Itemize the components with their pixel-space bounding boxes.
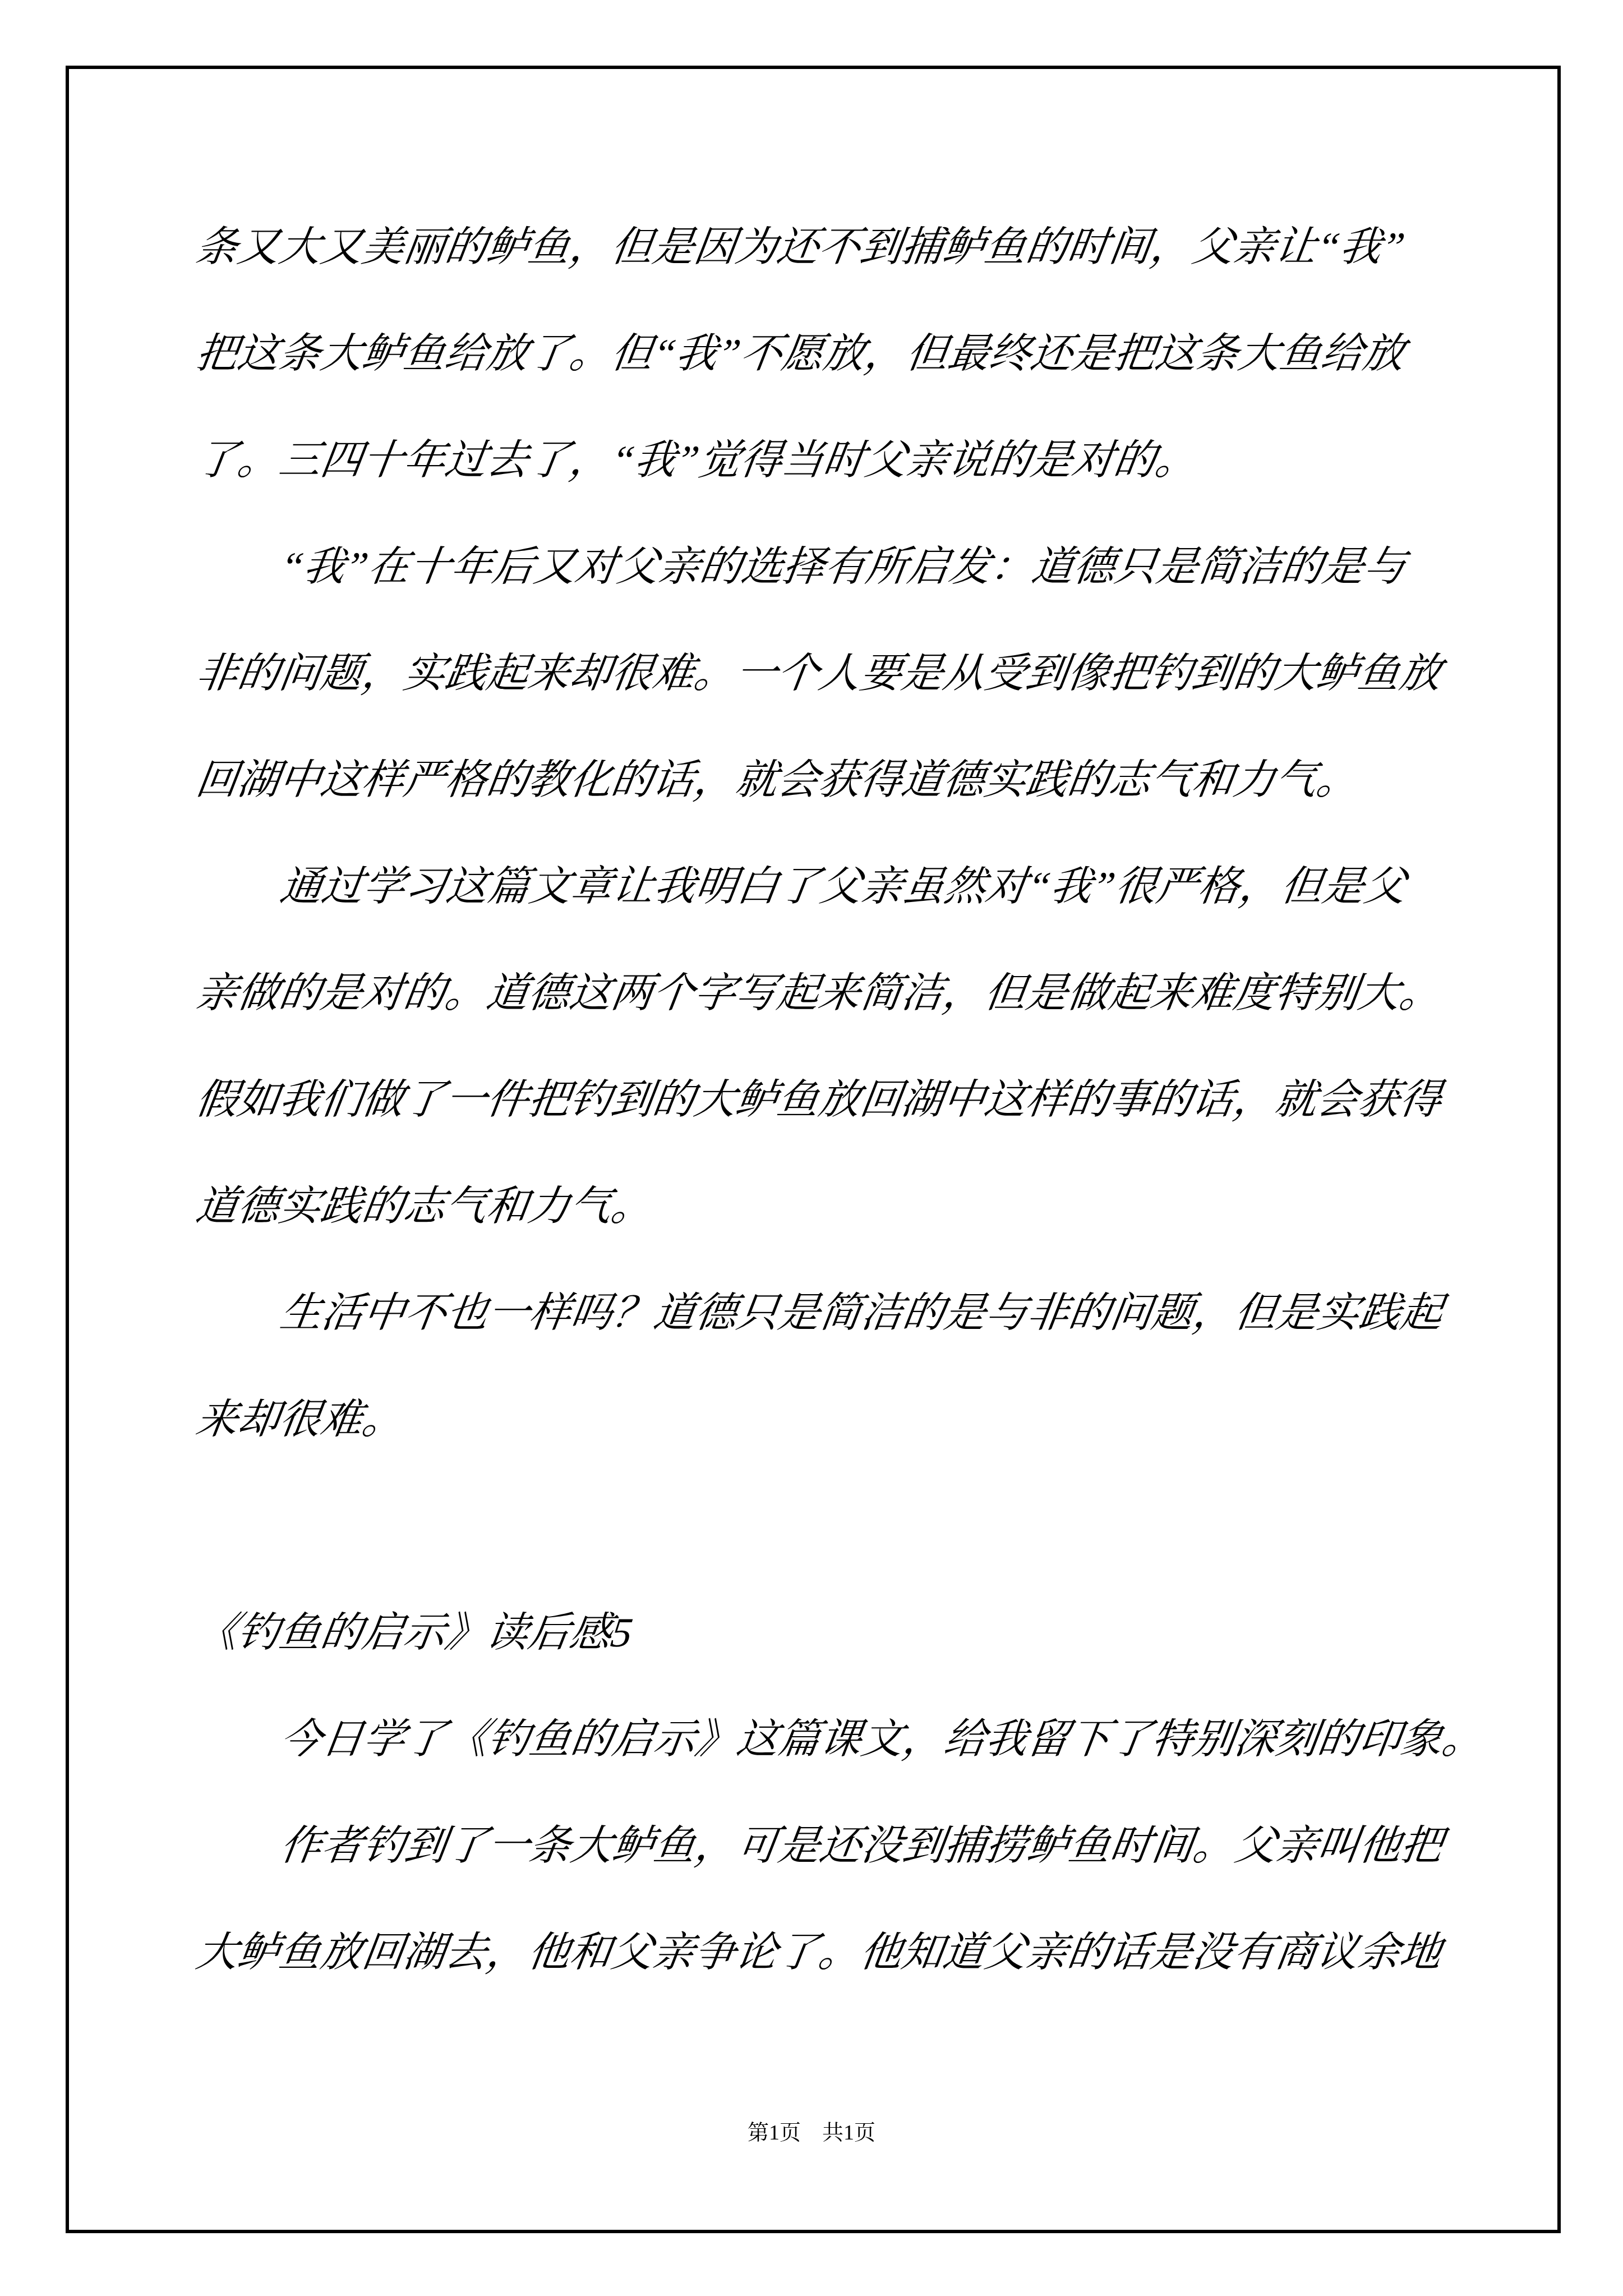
text-line: 非的问题，实践起来却很难。一个人要是从受到像把钓到的大鲈鱼放	[189, 620, 1483, 727]
text-line: 大鲈鱼放回湖去，他和父亲争论了。他知道父亲的话是没有商议余地	[189, 1899, 1483, 2006]
text-line: 道德实践的志气和力气。	[189, 1153, 1483, 1260]
text-line: 《钓鱼的启示》读后感5	[189, 1580, 1483, 1686]
page-footer: 第1页 共1页	[0, 2116, 1623, 2150]
text-line: 通过学习这篇文章让我明白了父亲虽然对“我”很严格，但是父	[189, 834, 1483, 940]
text-line: 回湖中这样严格的教化的话，就会获得道德实践的志气和力气。	[189, 727, 1483, 834]
text-line: 生活中不也一样吗？道德只是简洁的是与非的问题，但是实践起	[189, 1260, 1483, 1366]
text-line: 了。三四十年过去了，“我”觉得当时父亲说的是对的。	[189, 407, 1483, 514]
text-line: “我”在十年后又对父亲的选择有所启发：道德只是简洁的是与	[189, 514, 1483, 620]
blank-line	[189, 1473, 1483, 1580]
text-line: 今日学了《钓鱼的启示》这篇课文，给我留下了特别深刻的印象。	[189, 1686, 1483, 1793]
text-line: 作者钓到了一条大鲈鱼，可是还没到捕捞鲈鱼时间。父亲叫他把	[189, 1793, 1483, 1899]
page-number-label: 第1页 共1页	[748, 2121, 875, 2145]
text-line: 条又大又美丽的鲈鱼，但是因为还不到捕鲈鱼的时间，父亲让“我”	[189, 194, 1483, 301]
document-body: 条又大又美丽的鲈鱼，但是因为还不到捕鲈鱼的时间，父亲让“我”把这条大鲈鱼给放了。…	[196, 194, 1475, 2006]
text-line: 亲做的是对的。道德这两个字写起来简洁，但是做起来难度特别大。	[189, 940, 1483, 1047]
text-line: 假如我们做了一件把钓到的大鲈鱼放回湖中这样的事的话，就会获得	[189, 1047, 1483, 1153]
text-line: 来却很难。	[189, 1366, 1483, 1473]
text-line: 把这条大鲈鱼给放了。但“我”不愿放，但最终还是把这条大鱼给放	[189, 301, 1483, 407]
